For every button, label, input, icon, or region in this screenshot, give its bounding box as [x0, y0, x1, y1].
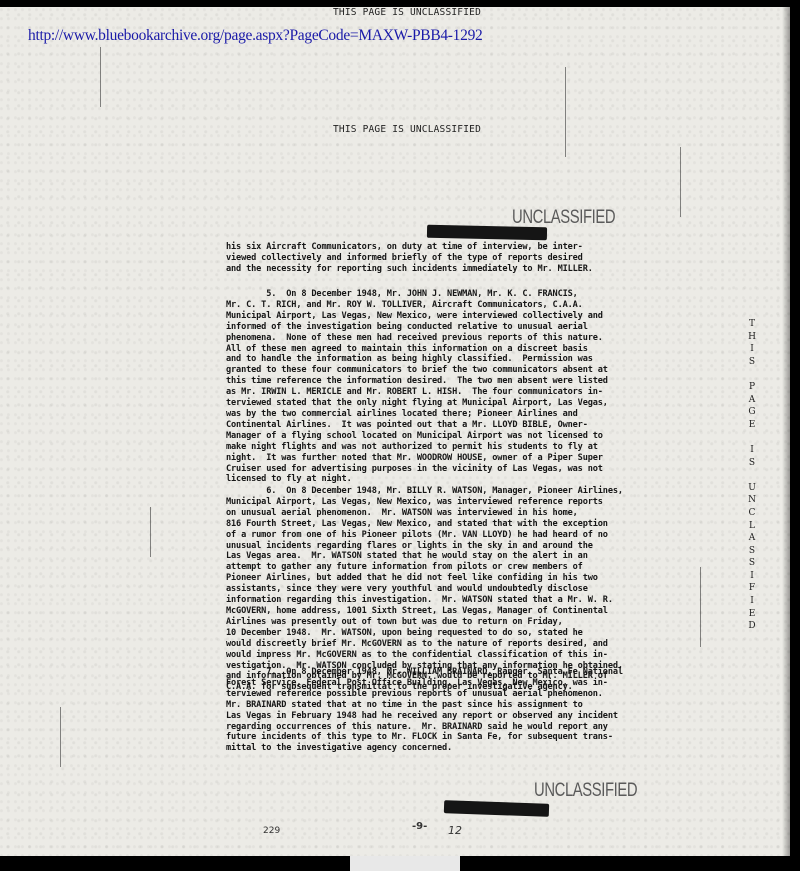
film-scratch [150, 507, 151, 557]
film-scratch [100, 47, 101, 107]
side-stamp-letter: C [746, 507, 758, 520]
side-stamp-letter: F [746, 582, 758, 595]
side-classification-stamp: THISPAGEISUNCLASSIFIED [746, 318, 758, 633]
side-stamp-letter: T [746, 318, 758, 331]
side-stamp-letter: S [746, 545, 758, 558]
side-stamp-letter: A [746, 394, 758, 407]
side-stamp-letter: I [746, 444, 758, 457]
paragraph-continuation: his six Aircraft Communicators, on duty … [226, 242, 593, 275]
paragraph-5: 5. On 8 December 1948, Mr. JOHN J. NEWMA… [226, 289, 608, 485]
side-stamp-letter: S [746, 457, 758, 470]
side-stamp-letter: U [746, 482, 758, 495]
side-stamp-letter: I [746, 595, 758, 608]
side-stamp-letter: S [746, 557, 758, 570]
side-stamp-letter: E [746, 608, 758, 621]
side-stamp-letter: D [746, 620, 758, 633]
side-stamp-letter: G [746, 406, 758, 419]
side-stamp-letter: L [746, 520, 758, 533]
header-classification-stamp: THIS PAGE IS UNCLASSIFIED [333, 7, 481, 18]
handwritten-folio-left: 229 [263, 826, 280, 836]
paragraph-6: 6. On 8 December 1948, Mr. BILLY R. WATS… [226, 486, 623, 693]
film-scratch [700, 567, 701, 647]
unclassified-stamp-bottom: UNCLASSIFIED [534, 780, 637, 802]
unclassified-stamp-top: UNCLASSIFIED [512, 207, 615, 229]
film-scratch [680, 147, 681, 217]
film-scratch [60, 707, 61, 767]
film-scratch [565, 67, 566, 157]
paragraph-7: 7. On 8 December 1948, Mr. WILLIAM BRAIN… [226, 667, 623, 754]
side-stamp-letter: E [746, 419, 758, 432]
side-stamp-letter: P [746, 381, 758, 394]
page-classification-stamp: THIS PAGE IS UNCLASSIFIED [333, 124, 481, 135]
scan-artifact-patch [350, 856, 460, 871]
side-stamp-letter: S [746, 356, 758, 369]
redaction-bar-top [427, 225, 547, 241]
side-stamp-letter: I [746, 570, 758, 583]
handwritten-folio-right: 12 [448, 824, 462, 837]
side-stamp-letter: A [746, 532, 758, 545]
source-url-link[interactable]: http://www.bluebookarchive.org/page.aspx… [28, 27, 482, 45]
side-stamp-letter: N [746, 494, 758, 507]
side-stamp-letter: H [746, 331, 758, 344]
side-stamp-letter: I [746, 343, 758, 356]
page-number: -9- [412, 821, 427, 832]
page-edge-shadow [782, 7, 790, 856]
